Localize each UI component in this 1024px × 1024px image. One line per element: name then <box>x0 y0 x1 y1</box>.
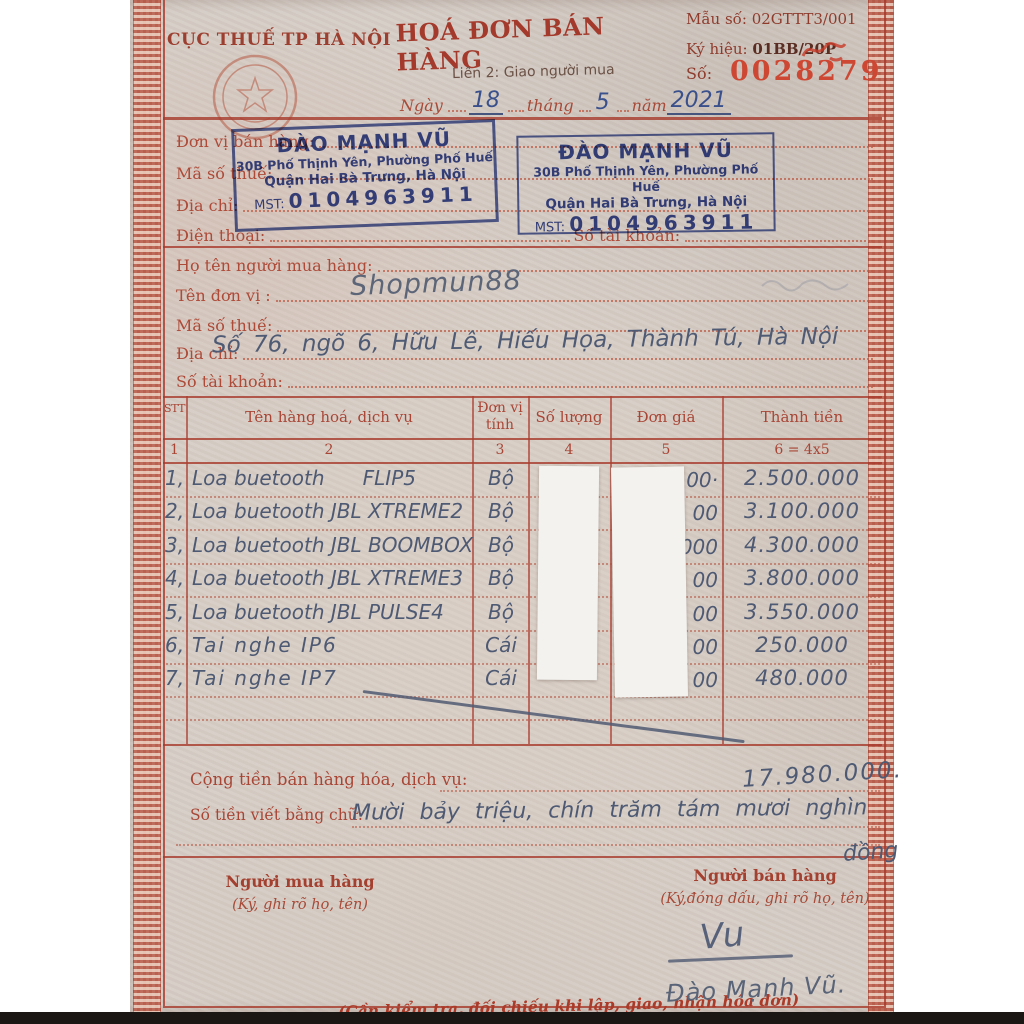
row-price-tail: 00· <box>682 468 718 492</box>
row-total: 250.000 <box>726 633 878 657</box>
seller-sign-note: (Ký,đóng dấu, ghi rõ họ, tên) <box>640 891 890 907</box>
date-month-label: tháng <box>527 96 574 115</box>
date-month-value: 5 <box>594 90 612 115</box>
seller-signature: Vu <box>698 914 746 958</box>
invoice-photo: CỤC THUẾ TP HÀ NỘI HOÁ ĐƠN BÁN HÀNG Liên… <box>0 0 1024 1024</box>
row-total: 3.100.000 <box>726 499 878 523</box>
date-dots <box>448 96 466 112</box>
row-total: 3.800.000 <box>726 566 878 590</box>
stamp-name: ĐÀO MẠNH VŨ <box>518 137 772 165</box>
date-year-value: 2021 <box>667 88 731 115</box>
stamp-mst-label: MST: <box>535 220 566 235</box>
row-price-tail: 00 <box>682 568 718 592</box>
stamp-mst-value: 0104963911 <box>569 209 758 236</box>
col-header-qty: Số lượng <box>528 408 610 426</box>
row-stt: 4, <box>165 566 184 590</box>
left-border-ornament <box>133 0 161 1012</box>
buyer-sign-title: Người mua hàng <box>200 872 400 891</box>
table-bottom-line <box>163 744 882 746</box>
col-num: 1 <box>162 442 187 458</box>
totals-bottom-line <box>163 856 882 858</box>
col-num: 6 = 4x5 <box>722 442 882 458</box>
form-no-label: Mẫu số: <box>686 10 747 28</box>
buyer-sign-note: (Ký, ghi rõ họ, tên) <box>200 897 400 913</box>
stamp-mst-line: MST: 0104963911 <box>519 210 773 240</box>
row-separator <box>166 663 880 665</box>
amount-in-words-label: Số tiền viết bằng chữ: <box>190 806 363 824</box>
row-item-name: Loa buetooth JBL XTREME2 <box>192 499 463 523</box>
buyer-account-row: Số tài khoản: <box>176 372 876 391</box>
faint-scribble <box>760 274 850 294</box>
date-prefix: Ngày <box>400 96 443 115</box>
table-subheader-line <box>163 462 882 464</box>
row-total: 4.300.000 <box>726 533 878 557</box>
buyer-unit-label: Tên đơn vị : <box>176 286 271 305</box>
date-dots <box>579 96 591 112</box>
row-item-name: Tai nghe IP7 <box>192 666 338 690</box>
row-separator <box>166 563 880 565</box>
stamp-address1: 30B Phố Thịnh Yên, Phường Phố Huế <box>519 161 773 197</box>
table-header-line <box>163 438 882 440</box>
date-line: Ngày 18 tháng 5 năm 2021 <box>400 88 731 115</box>
seller-buyer-divider <box>163 246 882 248</box>
date-day-value: 18 <box>469 88 503 115</box>
col-header-price: Đơn giá <box>610 408 722 426</box>
row-item-name: Loa buetooth JBL XTREME3 <box>192 566 463 590</box>
row-stt: 7, <box>165 666 184 690</box>
row-separator <box>166 696 880 698</box>
row-separator <box>166 719 880 721</box>
col-header-name: Tên hàng hoá, dịch vụ <box>186 408 472 426</box>
buyer-sign-block: Người mua hàng (Ký, ghi rõ họ, tên) <box>200 872 400 913</box>
row-separator <box>166 529 880 531</box>
dotted-leader <box>352 826 880 828</box>
buyer-unit-value: Shopmun88 <box>350 265 523 302</box>
form-no-value: 02GTTT3/001 <box>752 10 857 28</box>
row-unit: Cái <box>478 666 524 690</box>
col-header-stt: STT <box>162 402 187 415</box>
row-unit: Bộ <box>478 466 524 490</box>
dotted-leader <box>440 790 880 792</box>
seller-stamp-left: ĐÀO MẠNH VŨ 30B Phố Thịnh Yên, Phường Ph… <box>231 119 499 232</box>
col-header-total: Thành tiền <box>722 408 882 426</box>
col-num: 3 <box>473 442 527 458</box>
row-stt: 2, <box>165 499 184 523</box>
buyer-name-label: Họ tên người mua hàng: <box>176 256 373 275</box>
seller-stamp-right: ĐÀO MẠNH VŨ 30B Phố Thịnh Yên, Phường Ph… <box>516 132 775 235</box>
seller-address-label: Địa chỉ: <box>176 196 238 215</box>
row-total: 480.000 <box>726 666 878 690</box>
dotted-leader <box>288 372 873 388</box>
dotted-leader <box>176 844 880 846</box>
row-total: 3.550.000 <box>726 600 878 624</box>
col-num: 5 <box>610 442 722 458</box>
stamp-mst-label: MST: <box>254 197 285 213</box>
bottom-edge-bar <box>0 1012 1024 1024</box>
date-dots <box>508 96 524 112</box>
sum-label: Cộng tiền bán hàng hóa, dịch vụ: <box>190 770 467 789</box>
seller-sign-title: Người bán hàng <box>640 866 890 885</box>
row-total: 2.500.000 <box>726 466 878 490</box>
row-item-name: Loa buetooth JBL BOOMBOX <box>192 533 473 557</box>
amount-in-words-value2: đồng <box>842 838 899 867</box>
col-header-unit: Đơn vị tính <box>473 400 527 434</box>
row-item-name: Tai nghe IP6 <box>192 633 338 657</box>
row-unit: Bộ <box>478 566 524 590</box>
row-stt: 5, <box>165 600 184 624</box>
seller-sign-block: Người bán hàng (Ký,đóng dấu, ghi rõ họ, … <box>640 866 890 907</box>
form-no-line: Mẫu số: 02GTTT3/001 <box>686 10 857 28</box>
date-year-label: năm <box>632 96 667 115</box>
row-unit: Cái <box>478 633 524 657</box>
row-item-name: Loa buetooth FLIP5 <box>192 466 416 490</box>
header-divider <box>163 117 882 120</box>
row-separator <box>166 596 880 598</box>
row-stt: 1, <box>165 466 184 490</box>
buyer-name-row: Họ tên người mua hàng: <box>176 256 876 275</box>
buyer-account-label: Số tài khoản: <box>176 372 283 391</box>
row-unit: Bộ <box>478 600 524 624</box>
redaction-strip-price <box>611 466 688 697</box>
row-stt: 6, <box>165 633 184 657</box>
col-num: 4 <box>528 442 610 458</box>
row-item-name: Loa buetooth JBL PULSE4 <box>192 600 444 624</box>
redaction-strip-qty <box>537 466 599 681</box>
date-dots <box>617 96 629 112</box>
invoice-number-label: Số: <box>686 64 712 83</box>
col-num: 2 <box>186 442 472 458</box>
row-price-tail: 00 <box>682 635 718 659</box>
row-price-tail: 00 <box>682 501 718 525</box>
row-unit: Bộ <box>478 533 524 557</box>
table-top-line <box>163 396 882 398</box>
tax-office-title: CỤC THUẾ TP HÀ NỘI <box>167 30 391 50</box>
row-stt: 3, <box>165 533 184 557</box>
row-separator <box>166 630 880 632</box>
row-price-tail: 00 <box>682 602 718 626</box>
row-separator <box>166 496 880 498</box>
invoice-number-value: 0028279 <box>730 56 883 87</box>
row-unit: Bộ <box>478 499 524 523</box>
